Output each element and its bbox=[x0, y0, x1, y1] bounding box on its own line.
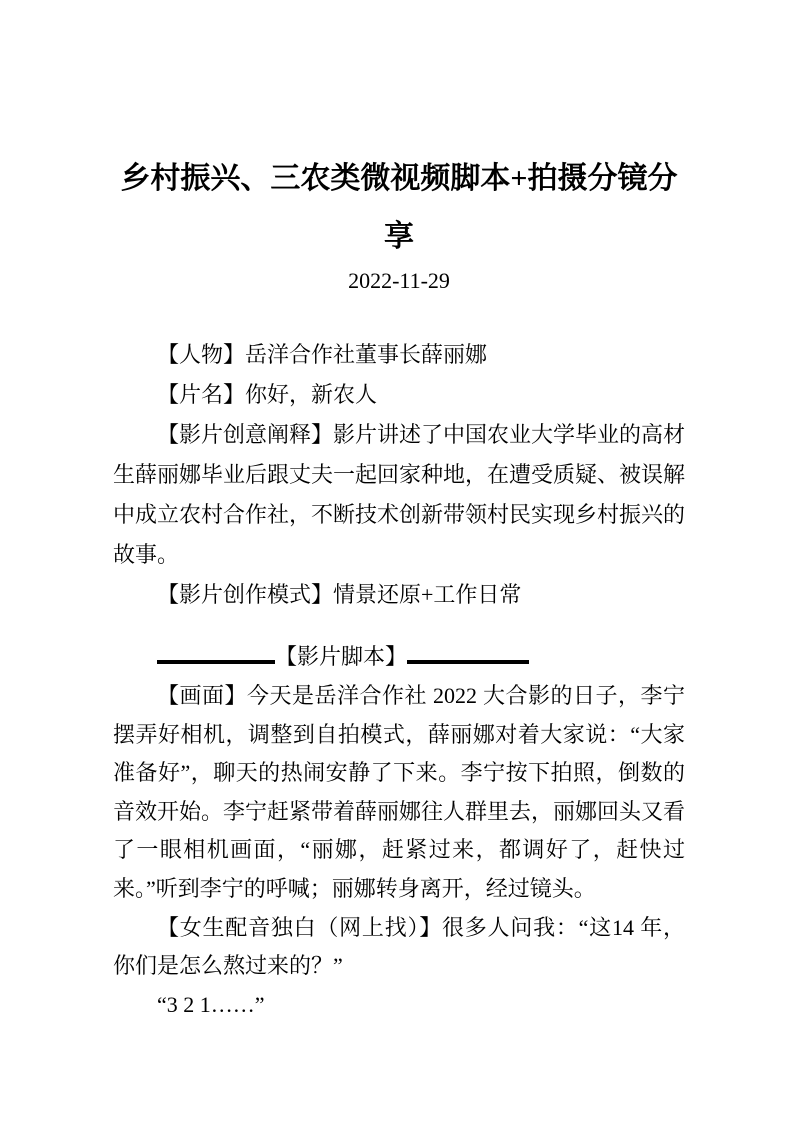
paragraph-voiceover: 【女生配音独白（网上找）】很多人问我：“这14 年，你们是怎么熬过来的？” bbox=[113, 909, 685, 986]
paragraph-film-name: 【片名】你好，新农人 bbox=[113, 375, 685, 415]
document-page: 乡村振兴、三农类微视频脚本+拍摄分镜分享 2022-11-29 【人物】岳洋合作… bbox=[0, 0, 794, 1122]
document-title: 乡村振兴、三农类微视频脚本+拍摄分镜分享 bbox=[113, 150, 685, 266]
heading-underline-left bbox=[157, 660, 275, 664]
document-content: 乡村振兴、三农类微视频脚本+拍摄分镜分享 2022-11-29 【人物】岳洋合作… bbox=[113, 0, 685, 1024]
paragraph-concept: 【影片创意阐释】影片讲述了中国农业大学毕业的高材生薛丽娜毕业后跟丈夫一起回家种地… bbox=[113, 415, 685, 575]
heading-underline-right bbox=[407, 660, 529, 664]
paragraph-person: 【人物】岳洋合作社董事长薛丽娜 bbox=[113, 335, 685, 375]
intro-section: 【人物】岳洋合作社董事长薛丽娜 【片名】你好，新农人 【影片创意阐释】影片讲述了… bbox=[113, 335, 685, 615]
document-date: 2022-11-29 bbox=[113, 266, 685, 296]
script-section: 【画面】今天是岳洋合作社 2022 大合影的日子，李宁摆弄好相机，调整到自拍模式… bbox=[113, 677, 685, 1024]
script-heading: 【影片脚本】 bbox=[113, 637, 685, 677]
paragraph-creation-mode: 【影片创作模式】情景还原+工作日常 bbox=[113, 575, 685, 615]
script-heading-label: 【影片脚本】 bbox=[275, 644, 407, 669]
paragraph-scene: 【画面】今天是岳洋合作社 2022 大合影的日子，李宁摆弄好相机，调整到自拍模式… bbox=[113, 677, 685, 909]
paragraph-countdown: “3 2 1……” bbox=[113, 986, 685, 1025]
